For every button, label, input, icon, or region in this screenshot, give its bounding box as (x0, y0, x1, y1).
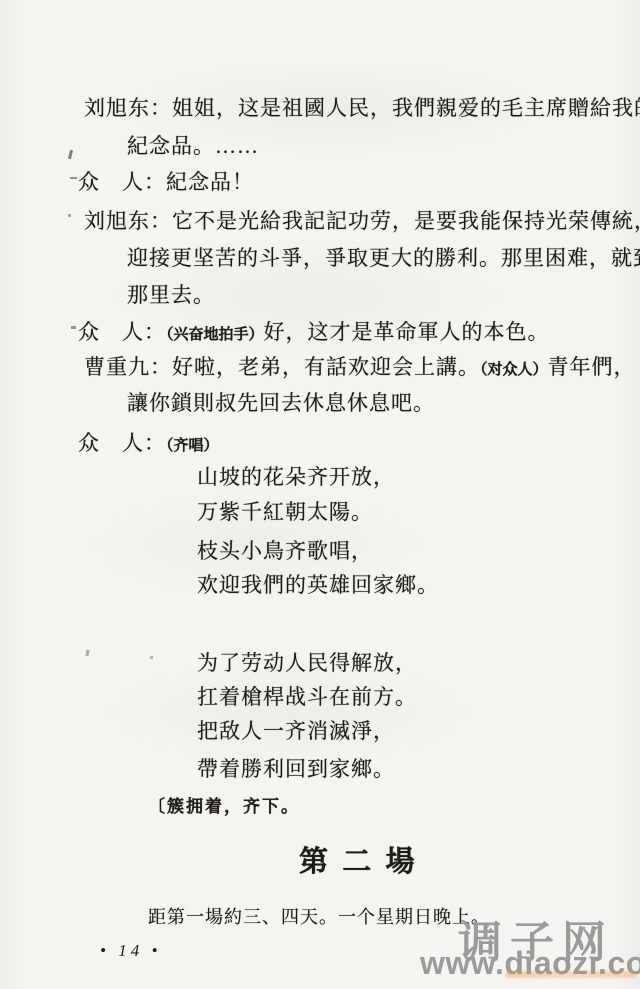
speaker-name: 刘旭东： (84, 209, 172, 233)
dialogue-row: 刘旭东：姐姐，这是祖國人民，我們親爱的毛主席贈給我的 (84, 92, 640, 122)
dialogue-text: 好啦，老弟，有話欢迎会上講。 (172, 355, 480, 379)
dialogue-text: 紀念品！ (166, 170, 254, 194)
dialogue-continuation: 紀念品。…… (127, 130, 259, 160)
speaker-name: 众 人： (78, 431, 166, 455)
scan-speck (68, 150, 73, 159)
dialogue-continuation: 讓你鎖則叔先回去休息休息吧。 (127, 387, 435, 417)
speaker-name: 刘旭东： (84, 96, 172, 120)
song-line: 万紫千紅朝太陽。 (197, 496, 373, 526)
speaker-name: 众 人： (78, 170, 166, 194)
dialogue-row: 众 人：（兴奋地拍手）好，这才是革命軍人的本色。 (78, 316, 550, 346)
dialogue-text: 它不是光給我記記功劳，是要我能保持光荣傳統， (172, 209, 640, 233)
speaker-name: 众 人： (78, 320, 166, 344)
dialogue-continuation: 迎接更坚苦的斗爭，爭取更大的勝利。那里困难，就到 (127, 242, 640, 272)
speaker-name: 曹重九： (84, 355, 172, 379)
dialogue-text: 姐姐，这是祖國人民，我們親爱的毛主席贈給我的 (172, 96, 640, 120)
song-line: 扛着槍桿战斗在前方。 (197, 681, 417, 711)
dialogue-row: 众 人：（齐唱） (78, 427, 219, 457)
scanned-script-page: 刘旭东：姐姐，这是祖國人民，我們親爱的毛主席贈給我的 紀念品。…… 众 人：紀念… (0, 0, 640, 989)
scan-speck (71, 326, 76, 329)
dialogue-row: 众 人：紀念品！ (78, 166, 254, 196)
scene-heading: 第 二 場 (299, 839, 415, 880)
scan-speck (85, 650, 89, 656)
stage-direction: （对众人） (480, 362, 548, 378)
dialogue-row: 曹重九：好啦，老弟，有話欢迎会上講。（对众人）青年們， (84, 351, 636, 381)
scan-speck (68, 214, 71, 217)
song-line: 把敌人一齐消滅淨， (197, 715, 395, 745)
stage-direction: （兴奋地拍手） (166, 327, 264, 343)
song-line: 山坡的花朵齐开放， (197, 461, 395, 491)
scene-time-note: 距第一場約三、四天。一个星期日晚上。 (148, 903, 490, 929)
song-line: 欢迎我們的英雄回家鄉。 (197, 569, 439, 599)
scan-speck (70, 177, 77, 179)
stage-direction: （齐唱） (166, 438, 219, 454)
song-line: 为了劳动人民得解放， (197, 647, 417, 677)
song-line: 帶着勝利回到家鄉。 (197, 753, 395, 783)
dialogue-text: 好，这才是革命軍人的本色。 (264, 320, 550, 344)
stage-note: 〔簇拥着，齐下。 (148, 792, 300, 817)
watermark-color-smudge (505, 971, 637, 978)
page-number: • 14 • (100, 941, 161, 961)
dialogue-continuation: 那里去。 (127, 279, 215, 309)
scan-speck (150, 656, 153, 659)
dialogue-text: 青年們， (548, 355, 636, 379)
dialogue-row: 刘旭东：它不是光給我記記功劳，是要我能保持光荣傳統， (84, 205, 640, 235)
song-line: 枝头小鳥齐歌唱， (197, 535, 373, 565)
